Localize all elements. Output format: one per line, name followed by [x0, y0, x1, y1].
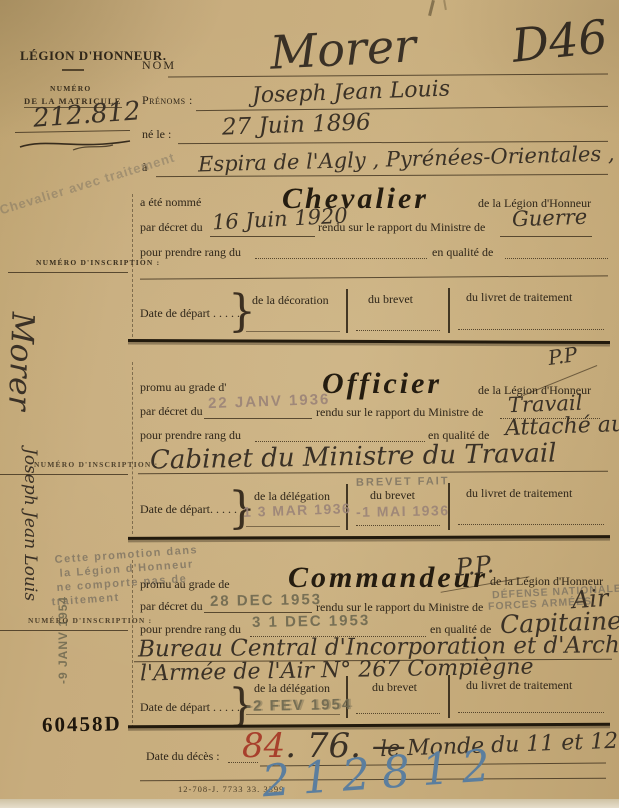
officier-intro: promu au grade d': [140, 380, 226, 395]
matricule-line: [15, 130, 130, 133]
chevalier-decret-line: [210, 236, 315, 237]
registry-number-stamp: 60458D: [42, 711, 122, 737]
officier-bottom-rule: [128, 535, 610, 540]
flourish-squiggle: [18, 136, 133, 152]
org-title-rule: [62, 69, 84, 71]
chevalier-inscription-line: [8, 272, 128, 273]
commandeur-inscription-line: [0, 630, 128, 631]
chevalier-rapport-label: rendu sur le rapport du Ministre de: [318, 220, 485, 235]
chevalier-bottom-rule: [128, 339, 610, 344]
chevalier-rang-dotline: [255, 258, 427, 259]
corner-code: D46: [509, 9, 610, 73]
nom-line: [168, 73, 608, 77]
chevalier-vsep-2: [448, 288, 450, 333]
numero-label: NUMÉRO: [50, 84, 91, 93]
chevalier-cell-line-3: [458, 329, 604, 330]
chevalier-table-topline: [140, 275, 608, 279]
officier-date-brevet-stamp: -1 MAI 1936: [356, 502, 450, 520]
officier-decret-label: par décret du: [140, 404, 203, 419]
chevalier-col-decoration: de la décoration: [252, 293, 329, 308]
chevalier-decret-label: par décret du: [140, 220, 203, 235]
officier-qualite-line2: Cabinet du Ministre du Travail: [150, 438, 557, 475]
commandeur-col-delegation: de la délégation: [254, 681, 330, 696]
officier-title: Officier: [322, 367, 442, 401]
commandeur-vsep-2: [448, 675, 450, 718]
chevalier-section-border: [132, 194, 133, 342]
lieu-value: Espira de l'Agly , Pyrénées-Orientales ,: [198, 142, 615, 177]
officier-cell-line-3: [458, 524, 604, 525]
nom-label: NOM: [142, 58, 176, 73]
chevalier-qualite-label: en qualité de: [432, 245, 493, 260]
margin-name-large: Morer: [0, 311, 40, 452]
chevalier-col-livret: du livret de traitement: [466, 290, 572, 305]
chevalier-depart-label: Date de départ . . . . .: [140, 306, 240, 321]
chevalier-ministre-line: [500, 236, 592, 237]
paper-tear: [428, 0, 435, 16]
nom-value: Morer: [269, 18, 418, 80]
officier-qualite-value: Attaché au: [505, 412, 619, 441]
officier-decret-line: [204, 418, 312, 419]
chevalier-cell-line-2: [356, 330, 440, 331]
document-page: LÉGION D'HONNEUR. NUMÉRO DE LA MATRICULE…: [0, 0, 619, 808]
officier-inscription-label: NUMÉRO D'INSCRIPTION :: [34, 460, 158, 469]
chevalier-intro: a été nommé: [140, 195, 201, 210]
officier-decret-stamp: 22 JANV 1936: [208, 391, 331, 412]
margin-name-small: Joseph Jean Louis: [20, 448, 40, 678]
officier-inscription-line: [0, 474, 128, 475]
commandeur-depart-label: Date de départ . . . . .: [140, 700, 240, 715]
commandeur-intro: promu au grade de: [140, 577, 230, 592]
matricule-value: 212.812: [32, 96, 141, 133]
chevalier-qualite-dotline: [505, 258, 608, 259]
officier-rang-label: pour prendre rang du: [140, 428, 241, 443]
naissance-value: 27 Juin 1896: [222, 109, 371, 140]
officier-section-border: [132, 362, 133, 534]
commandeur-vertical-date-stamp: -9 JANV 1954: [56, 598, 70, 684]
commandeur-decret-stamp: 28 DEC 1953: [210, 591, 322, 610]
prenoms-label: Prénoms :: [142, 93, 193, 108]
officier-col-livret: du livret de traitement: [466, 486, 572, 501]
officier-pp-annotation: P.P: [546, 342, 578, 370]
commandeur-decret-label: par décret du: [140, 599, 203, 614]
paper-tear-2: [443, 0, 447, 10]
officier-rapport-label: rendu sur le rapport du Ministre de: [316, 405, 483, 420]
deces-label: Date du décès :: [146, 749, 220, 764]
commandeur-col-livret: du livret de traitement: [466, 678, 572, 693]
prenoms-value: Joseph Jean Louis: [252, 77, 451, 109]
chevalier-cell-line-1: [246, 331, 340, 332]
officier-cell-line-1: [246, 526, 340, 527]
officier-brevet-fait-stamp: BREVET FAIT: [356, 475, 450, 489]
chevalier-col-brevet: du brevet: [368, 292, 413, 307]
commandeur-inscription-label: NUMÉRO D'INSCRIPTION :: [28, 616, 152, 625]
commandeur-rang-stamp: 3 1 DEC 1953: [252, 612, 371, 631]
officier-cell-line-2: [356, 525, 440, 526]
chevalier-vsep-1: [346, 289, 348, 333]
naissance-label: né le :: [142, 127, 171, 142]
commandeur-cell-line-3: [458, 712, 604, 713]
officier-depart-label: Date de départ. . . . .: [140, 502, 237, 517]
commandeur-cell-line-2: [356, 713, 440, 714]
commandeur-date-delegation-stamp: -2 FEV 1954: [246, 696, 352, 715]
chevalier-inscription-label: NUMÉRO D'INSCRIPTION :: [36, 258, 160, 267]
officier-date-delegation-stamp: 1 3 MAR 1936: [243, 500, 352, 520]
chevalier-ministre-value: Guerre: [512, 205, 588, 232]
commandeur-cell-line-1: [246, 714, 340, 715]
commandeur-col-brevet: du brevet: [372, 680, 417, 695]
officier-col-brevet: du brevet: [370, 488, 415, 503]
